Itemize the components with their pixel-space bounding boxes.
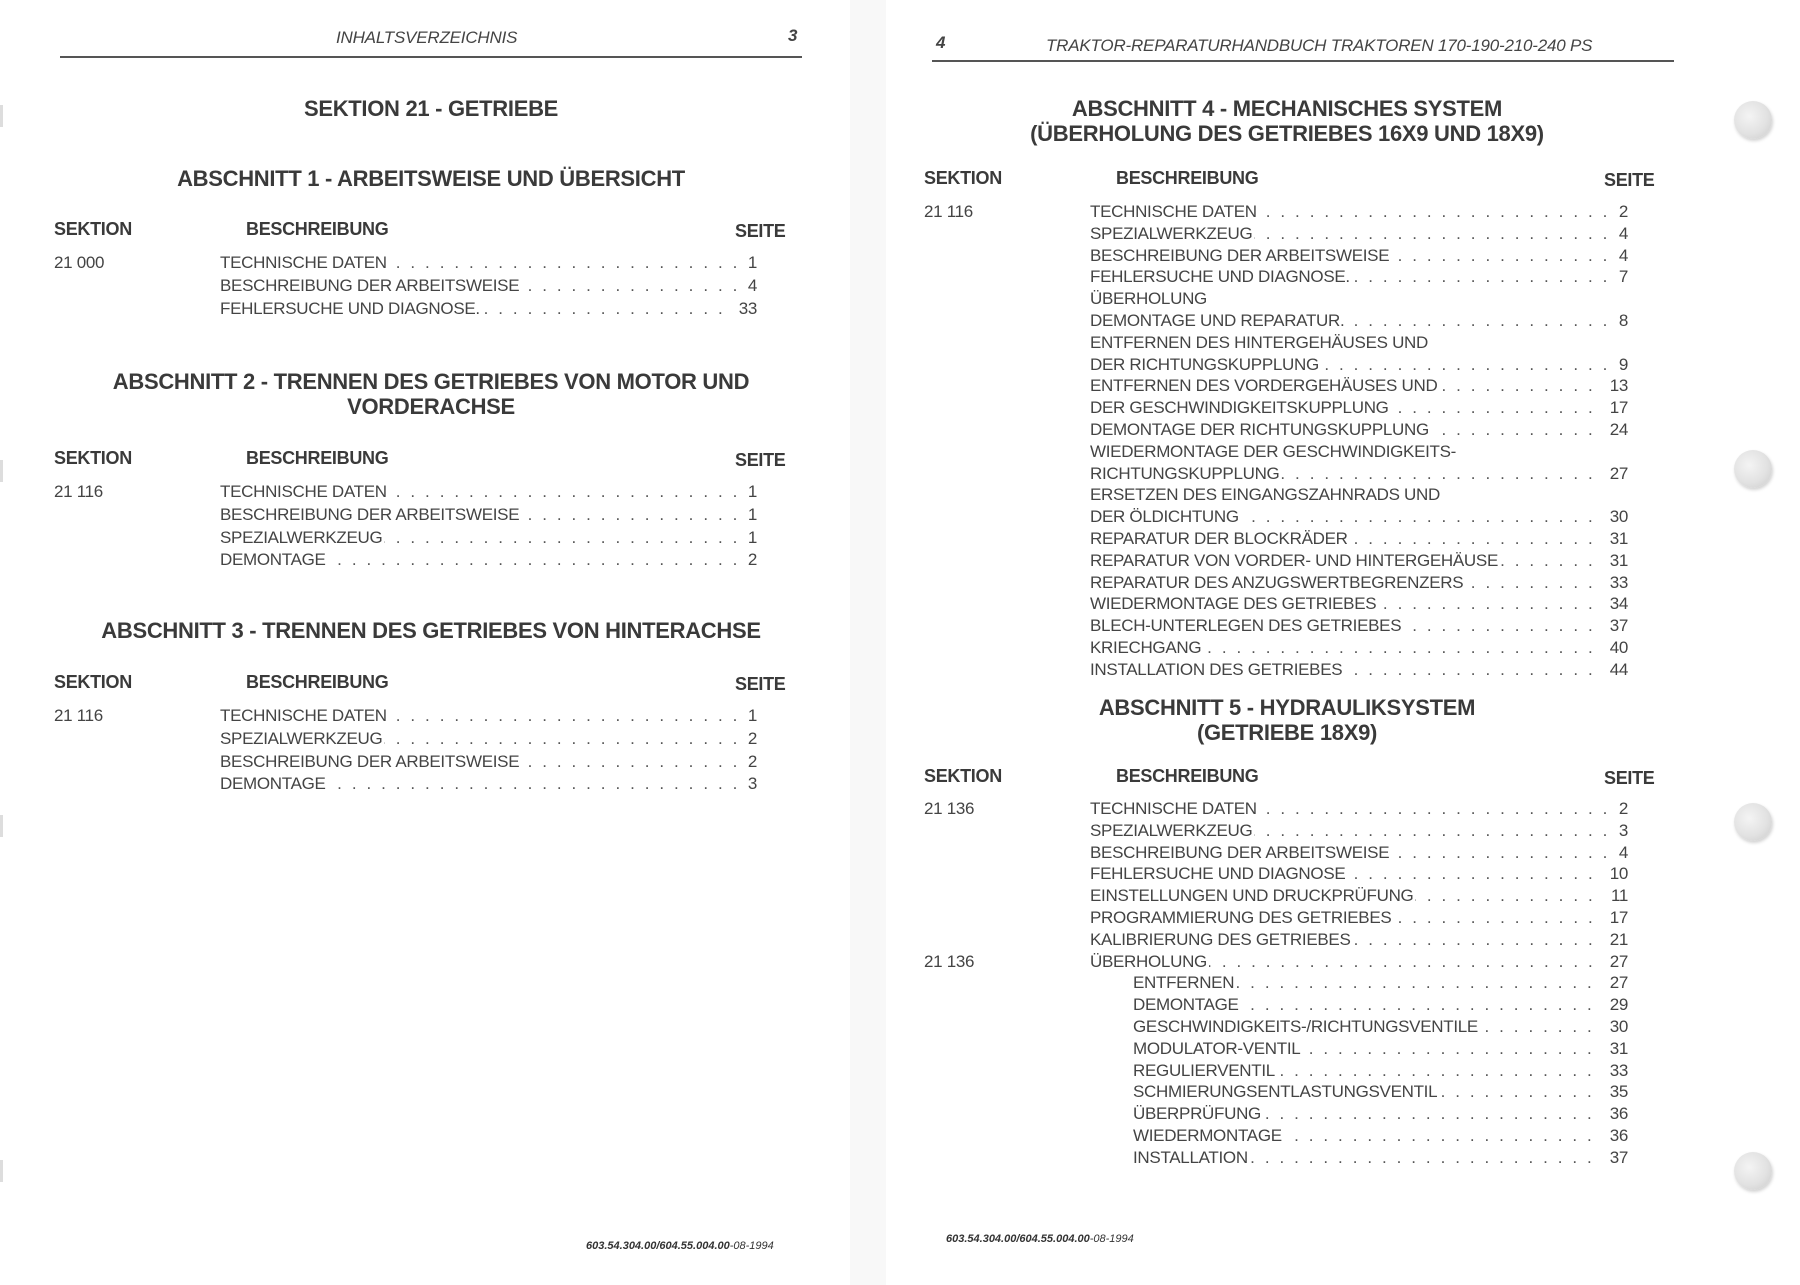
chapter-heading-2: ABSCHNITT 2 - TRENNEN DES GETRIEBES VON … (60, 369, 802, 419)
toc-entry: . . . . . . . . . . . . . . . . . . . . … (0, 728, 850, 750)
toc-entry: . . . . . . . . . . . . . . . . . . . . … (0, 773, 850, 795)
toc-entry-text: DER ÖLDICHTUNG (1090, 507, 1241, 526)
toc-page-number: 4 (1617, 223, 1628, 245)
page-number: 4 (936, 33, 945, 53)
right-page: 4 TRAKTOR-REPARATURHANDBUCH TRAKTOREN 17… (886, 0, 1800, 1285)
toc-entry: . . . . . . . . . . . . . . . . . . . . … (886, 1081, 1800, 1103)
toc-entry-text: DEMONTAGE (1133, 995, 1241, 1014)
toc-page-number: 4 (746, 275, 757, 297)
toc-entry: . . . . . . . . . . . . . . . . . . . . … (0, 504, 850, 526)
column-header-sektion: SEKTION (54, 672, 132, 693)
toc-description: . . . . . . . . . . . . . . . . . . . . … (1090, 201, 1614, 223)
toc-description: . . . . . . . . . . . . . . . . . . . . … (1090, 223, 1614, 245)
toc-entry-text: REGULIERVENTIL (1133, 1061, 1277, 1080)
toc-entry-text: INSTALLATION DES GETRIEBES (1090, 660, 1344, 679)
toc-entry-text: FEHLERSUCHE UND DIAGNOSE. (1090, 267, 1352, 286)
document-code: 603.54.304.00/604.55.004.00 (586, 1240, 730, 1252)
toc-description: . . . . . . . . . . . . . . . . . . . . … (1090, 929, 1598, 951)
toc-entry: . . . . . . . . . . . . . . . . . . . . … (886, 550, 1800, 572)
toc-entry-text: INSTALLATION (1133, 1148, 1250, 1167)
chapter-heading-1: ABSCHNITT 1 - ARBEITSWEISE UND ÜBERSICHT (60, 166, 802, 191)
toc-description: . . . . . . . . . . . . . . . . . . . . … (1090, 615, 1598, 637)
toc-entry-text: ENTFERNEN DES HINTERGEHÄUSES UND (1090, 333, 1430, 352)
toc-description: . . . . . . . . . . . . . . . . . . . . … (1090, 637, 1598, 659)
toc-entry: . . . . . . . . . . . . . . . . . . . . … (0, 298, 850, 320)
page-edge-mark (0, 460, 3, 482)
toc-description: . . . . . . . . . . . . . . . . . . . . … (220, 481, 743, 503)
toc-description: . . . . . . . . . . . . . . . . . . . . … (1090, 375, 1598, 397)
column-header-beschreibung: BESCHREIBUNG (1116, 168, 1258, 189)
page-number: 3 (788, 26, 797, 46)
toc-entry-text: ENTFERNEN DES VORDERGEHÄUSES UND (1090, 376, 1439, 395)
toc-page-number: 3 (1617, 820, 1628, 842)
toc-entry: . . . . . . . . . . . . . . . . . . . . … (886, 245, 1800, 267)
toc-entry-text: WIEDERMONTAGE DER GESCHWINDIGKEITS- (1090, 442, 1458, 461)
toc-sektion: 21 136 (924, 798, 974, 820)
toc-description: . . . . . . . . . . . . . . . . . . . . … (220, 527, 743, 549)
toc-entry: . . . . . . . . . . . . . . . . . . . . … (886, 593, 1800, 615)
toc-description: . . . . . . . . . . . . . . . . . . . . … (1090, 528, 1598, 550)
column-header-beschreibung: BESCHREIBUNG (246, 448, 388, 469)
column-header-sektion: SEKTION (924, 766, 1002, 787)
toc-entry-text: REPARATUR DER BLOCKRÄDER (1090, 529, 1350, 548)
toc-entry-text: SCHMIERUNGSENTLASTUNGSVENTIL (1133, 1082, 1439, 1101)
toc-entry: . . . . . . . . . . . . . . . . . . . . … (886, 863, 1800, 885)
toc-description: . . . . . . . . . . . . . . . . . . . . … (1090, 572, 1598, 594)
toc-description: . . . . . . . . . . . . . . . . . . . . … (1133, 1125, 1598, 1147)
toc-description: . . . . . . . . . . . . . . . . . . . . … (1090, 907, 1598, 929)
toc-description: . . . . . . . . . . . . . . . . . . . . … (220, 504, 743, 526)
toc-page-number: 33 (1608, 1060, 1628, 1082)
toc-page-number: 31 (1608, 528, 1628, 550)
toc-page-number: 11 (1609, 885, 1628, 907)
toc-page-number: 21 (1608, 929, 1628, 951)
toc-sektion: 21 136 (924, 951, 974, 973)
toc-entry: . . . . . . . . . . . . . . . . . . . . … (886, 266, 1800, 288)
page-edge-mark (0, 815, 3, 837)
toc-description: . . . . . . . . . . . . . . . . . . . . … (220, 705, 743, 727)
toc-description: . . . . . . . . . . . . . . . . . . . . … (1090, 885, 1598, 907)
toc-page-number: 36 (1608, 1103, 1628, 1125)
punch-hole (1734, 803, 1772, 841)
toc-entry: . . . . . . . . . . . . . . . . . . . . … (886, 1103, 1800, 1125)
section-title: SEKTION 21 - GETRIEBE (60, 96, 802, 121)
toc-page-number: 4 (1617, 842, 1628, 864)
toc-entry: . . . . . . . . . . . . . . . . . . . . … (886, 994, 1800, 1016)
toc-page-number: 37 (1608, 615, 1628, 637)
punch-hole (1734, 101, 1772, 139)
document-date: -08-1994 (1090, 1233, 1134, 1245)
toc-entry-text: FEHLERSUCHE UND DIAGNOSE. (220, 299, 482, 318)
toc-description: . . . . . . . . . . . . . . . . . . . . … (1090, 659, 1598, 681)
toc-page-number: 4 (1617, 245, 1628, 267)
toc-page-number: 30 (1608, 1016, 1628, 1038)
toc-entry-text: ÜBERHOLUNG (1090, 289, 1209, 308)
toc-entry: . . . . . . . . . . . . . . . . . . . . … (886, 637, 1800, 659)
toc-page-number: 27 (1608, 951, 1628, 973)
toc-sektion: 21 000 (54, 252, 104, 274)
chapter-heading-3: ABSCHNITT 3 - TRENNEN DES GETRIEBES VON … (60, 618, 802, 643)
column-header-beschreibung: BESCHREIBUNG (1116, 766, 1258, 787)
toc-entry-text: SPEZIALWERKZEUG (1090, 821, 1254, 840)
toc-entry: 21 136 . . . . . . . . . . . . . . . . .… (886, 798, 1800, 820)
toc-page-number: 1 (746, 504, 757, 526)
toc-page-number: 31 (1608, 1038, 1628, 1060)
punch-hole (1734, 450, 1772, 488)
toc-entry: . . . . . . . . . . . . . . . . . . . . … (886, 615, 1800, 637)
toc-entry: . . . . . . . . . . . . . . . . . . . . … (886, 972, 1800, 994)
toc-entry-text: WIEDERMONTAGE DES GETRIEBES (1090, 594, 1378, 613)
column-header-beschreibung: BESCHREIBUNG (246, 219, 388, 240)
toc-description: . . . . . . . . . . . . . . . . . . . . … (1090, 463, 1598, 485)
toc-entry-text: FEHLERSUCHE UND DIAGNOSE (1090, 864, 1347, 883)
toc-description: . . . . . . . . . . . . . . . . . . . . … (1133, 1147, 1598, 1169)
toc-entry: . . . . . . . . . . . . . . . . . . . . … (886, 1016, 1800, 1038)
toc-entry-text: BESCHREIBUNG DER ARBEITSWEISE (220, 276, 521, 295)
toc-entry-text: TECHNISCHE DATEN (220, 482, 389, 501)
toc-entry-text: EINSTELLUNGEN UND DRUCKPRÜFUNG (1090, 886, 1415, 905)
document-footer: 603.54.304.00/604.55.004.00-08-1994 (946, 1233, 1134, 1245)
toc-description: . . . . . . . . . . . . . . . . . . . . … (1133, 1060, 1598, 1082)
toc-entry-text: BESCHREIBUNG DER ARBEITSWEISE (220, 505, 521, 524)
toc-entry: . . . . . . . . . . . . . . . . . . . . … (886, 885, 1800, 907)
toc-page-number: 8 (1617, 310, 1628, 332)
toc-description: . . . . . . . . . . . . . . . . . . . . … (220, 252, 743, 274)
toc-entry-text: KALIBRIERUNG DES GETRIEBES (1090, 930, 1353, 949)
toc-entry-text: DER GESCHWINDIGKEITSKUPPLUNG (1090, 398, 1391, 417)
chapter-heading-5: ABSCHNITT 5 - HYDRAULIKSYSTEM(GETRIEBE 1… (916, 695, 1658, 745)
toc-entry: . . . . . . . . . . . . . . . . . . . . … (886, 375, 1800, 397)
toc-entry-text: SPEZIALWERKZEUG (1090, 224, 1254, 243)
column-header-seite: SEITE (1604, 170, 1655, 191)
toc-description: . . . . . . . . . . . . . . . . . . . . … (220, 275, 743, 297)
toc-page-number: 2 (746, 728, 757, 750)
toc-description: . . . . . . . . . . . . . . . . . . . . … (1090, 798, 1614, 820)
toc-description: . . . . . . . . . . . . . . . . . . . . … (1090, 550, 1598, 572)
column-header-sektion: SEKTION (924, 168, 1002, 189)
toc-page-number: 30 (1608, 506, 1628, 528)
toc-description: . . . . . . . . . . . . . . . . . . . . … (1133, 1081, 1598, 1103)
toc-sektion: 21 116 (54, 481, 103, 503)
toc-description: . . . . . . . . . . . . . . . . . . . . … (1090, 820, 1614, 842)
toc-description: . . . . . . . . . . . . . . . . . . . . … (1133, 972, 1598, 994)
toc-entry-text: ÜBERPRÜFUNG (1133, 1104, 1263, 1123)
toc-page-number: 2 (746, 751, 757, 773)
column-header-seite: SEITE (735, 221, 786, 242)
toc-entry: . . . . . . . . . . . . . . . . . . . . … (886, 1038, 1800, 1060)
toc-entry: 21 116 . . . . . . . . . . . . . . . . .… (0, 481, 850, 503)
toc-entry: . . . . . . . . . . . . . . . . . . . . … (0, 751, 850, 773)
toc-description: . . . . . . . . . . . . . . . . . . . . … (1090, 419, 1598, 441)
toc-entry-text: BESCHREIBUNG DER ARBEITSWEISE (1090, 843, 1391, 862)
toc-entry-text: ENTFERNEN (1133, 973, 1236, 992)
toc-entry: . . . . . . . . . . . . . . . . . . . . … (886, 463, 1800, 485)
toc-entry: . . . . . . . . . . . . . . . . . . . . … (886, 1060, 1800, 1082)
toc-description: . . . . . . . . . . . . . . . . . . . . … (1090, 245, 1614, 267)
toc-entry-text: DER RICHTUNGSKUPPLUNG (1090, 355, 1321, 374)
toc-entry: . . . . . . . . . . . . . . . . . . . . … (886, 419, 1800, 441)
toc-entry: 21 000 . . . . . . . . . . . . . . . . .… (0, 252, 850, 274)
toc-entry: . . . . . . . . . . . . . . . . . . . . … (886, 354, 1800, 376)
toc-entry-text: SPEZIALWERKZEUG (220, 528, 384, 547)
toc-page-number: 10 (1608, 863, 1628, 885)
toc-page-number: 13 (1608, 375, 1628, 397)
toc-description: . . . . . . . . . . . . . . . . . . . . … (220, 751, 743, 773)
toc-entry: ERSETZEN DES EINGANGSZAHNRADS UND (886, 484, 1800, 506)
toc-page-number: 3 (746, 773, 757, 795)
toc-entry: . . . . . . . . . . . . . . . . . . . . … (886, 506, 1800, 528)
toc-entry-text: TECHNISCHE DATEN (1090, 799, 1259, 818)
toc-description: . . . . . . . . . . . . . . . . . . . . … (1090, 863, 1598, 885)
toc-description: . . . . . . . . . . . . . . . . . . . . … (1090, 397, 1598, 419)
toc-entry-text: ERSETZEN DES EINGANGSZAHNRADS UND (1090, 485, 1442, 504)
toc-entry: . . . . . . . . . . . . . . . . . . . . … (886, 929, 1800, 951)
toc-page-number: 33 (1608, 572, 1628, 594)
toc-description: . . . . . . . . . . . . . . . . . . . . … (1090, 842, 1614, 864)
toc-entry: . . . . . . . . . . . . . . . . . . . . … (886, 820, 1800, 842)
toc-page-number: 36 (1608, 1125, 1628, 1147)
running-head: INHALTSVERZEICHNIS (336, 28, 517, 48)
running-head: TRAKTOR-REPARATURHANDBUCH TRAKTOREN 170-… (1046, 36, 1592, 56)
document-footer: 603.54.304.00/604.55.004.00-08-1994 (586, 1240, 774, 1252)
toc-entry-text: BLECH-UNTERLEGEN DES GETRIEBES (1090, 616, 1403, 635)
toc-entry-text: TECHNISCHE DATEN (220, 706, 389, 725)
document-code: 603.54.304.00/604.55.004.00 (946, 1233, 1090, 1245)
toc-entry: 21 116 . . . . . . . . . . . . . . . . .… (886, 201, 1800, 223)
toc-entry-text: PROGRAMMIERUNG DES GETRIEBES (1090, 908, 1393, 927)
toc-entry-text: TECHNISCHE DATEN (1090, 202, 1259, 221)
toc-entry-text: RICHTUNGSKUPPLUNG (1090, 464, 1281, 483)
toc-page-number: 35 (1608, 1081, 1628, 1103)
binding-gutter (850, 0, 886, 1285)
toc-sektion: 21 116 (924, 201, 973, 223)
toc-description: . . . . . . . . . . . . . . . . . . . . … (220, 298, 727, 320)
toc-page-number: 27 (1608, 463, 1628, 485)
toc-entry-text: TECHNISCHE DATEN (220, 253, 389, 272)
toc-entry-text: ÜBERHOLUNG (1090, 952, 1209, 971)
toc-entry: ÜBERHOLUNG (886, 288, 1800, 310)
chapter-heading-4: ABSCHNITT 4 - MECHANISCHES SYSTEM(ÜBERHO… (916, 96, 1658, 146)
toc-entry: . . . . . . . . . . . . . . . . . . . . … (886, 842, 1800, 864)
toc-page-number: 7 (1617, 266, 1628, 288)
toc-entry-text: BESCHREIBUNG DER ARBEITSWEISE (1090, 246, 1391, 265)
page-edge-mark (0, 105, 3, 127)
toc-page-number: 1 (746, 705, 757, 727)
toc-page-number: 33 (737, 298, 757, 320)
toc-entry-text: GESCHWINDIGKEITS-/RICHTUNGSVENTILE (1133, 1017, 1480, 1036)
toc-page-number: 1 (746, 481, 757, 503)
toc-entry-text: DEMONTAGE DER RICHTUNGSKUPPLUNG (1090, 420, 1431, 439)
toc-entry: WIEDERMONTAGE DER GESCHWINDIGKEITS- (886, 441, 1800, 463)
toc-description: . . . . . . . . . . . . . . . . . . . . … (1133, 1016, 1598, 1038)
toc-entry: 21 136 . . . . . . . . . . . . . . . . .… (886, 951, 1800, 973)
toc-page-number: 44 (1608, 659, 1628, 681)
toc-entry: . . . . . . . . . . . . . . . . . . . . … (886, 907, 1800, 929)
toc-description: ENTFERNEN DES HINTERGEHÄUSES UND (1090, 332, 1614, 354)
header-rule (932, 60, 1674, 62)
toc-description: . . . . . . . . . . . . . . . . . . . . … (1133, 994, 1598, 1016)
toc-entry-text: MODULATOR-VENTIL (1133, 1039, 1302, 1058)
toc-description: . . . . . . . . . . . . . . . . . . . . … (1090, 951, 1598, 973)
toc-entry: . . . . . . . . . . . . . . . . . . . . … (886, 659, 1800, 681)
toc-description: . . . . . . . . . . . . . . . . . . . . … (1090, 354, 1614, 376)
left-page: INHALTSVERZEICHNIS 3 SEKTION 21 - GETRIE… (0, 0, 850, 1285)
toc-entry-text: KRIECHGANG (1090, 638, 1203, 657)
toc-description: . . . . . . . . . . . . . . . . . . . . … (1090, 266, 1614, 288)
toc-page-number: 31 (1608, 550, 1628, 572)
toc-entry: 21 116 . . . . . . . . . . . . . . . . .… (0, 705, 850, 727)
toc-page-number: 9 (1617, 354, 1628, 376)
toc-page-number: 34 (1608, 593, 1628, 615)
column-header-seite: SEITE (735, 674, 786, 695)
toc-page-number: 1 (746, 527, 757, 549)
toc-page-number: 29 (1608, 994, 1628, 1016)
toc-description: . . . . . . . . . . . . . . . . . . . . … (220, 773, 743, 795)
toc-page-number: 24 (1608, 419, 1628, 441)
toc-entry: . . . . . . . . . . . . . . . . . . . . … (0, 549, 850, 571)
toc-entry: . . . . . . . . . . . . . . . . . . . . … (886, 572, 1800, 594)
toc-description: . . . . . . . . . . . . . . . . . . . . … (1133, 1103, 1598, 1125)
column-header-seite: SEITE (735, 450, 786, 471)
toc-description: ERSETZEN DES EINGANGSZAHNRADS UND (1090, 484, 1614, 506)
toc-entry-text: SPEZIALWERKZEUG (220, 729, 384, 748)
page-edge-mark (0, 1160, 3, 1182)
toc-entry-text: WIEDERMONTAGE (1133, 1126, 1284, 1145)
document-date: -08-1994 (730, 1240, 774, 1252)
toc-description: . . . . . . . . . . . . . . . . . . . . … (1133, 1038, 1598, 1060)
toc-entry-text: REPARATUR DES ANZUGSWERTBEGRENZERS (1090, 573, 1465, 592)
toc-page-number: 40 (1608, 637, 1628, 659)
toc-page-number: 17 (1608, 397, 1628, 419)
toc-entry-text: DEMONTAGE (220, 774, 328, 793)
toc-page-number: 2 (746, 549, 757, 571)
toc-entry-text: BESCHREIBUNG DER ARBEITSWEISE (220, 752, 521, 771)
toc-entry: . . . . . . . . . . . . . . . . . . . . … (886, 310, 1800, 332)
toc-entry: . . . . . . . . . . . . . . . . . . . . … (0, 527, 850, 549)
toc-description: ÜBERHOLUNG (1090, 288, 1614, 310)
toc-entry: . . . . . . . . . . . . . . . . . . . . … (886, 397, 1800, 419)
toc-entry: . . . . . . . . . . . . . . . . . . . . … (886, 1147, 1800, 1169)
column-header-sektion: SEKTION (54, 219, 132, 240)
toc-page-number: 1 (746, 252, 757, 274)
toc-page-number: 2 (1617, 201, 1628, 223)
toc-description: . . . . . . . . . . . . . . . . . . . . … (1090, 593, 1598, 615)
toc-description: . . . . . . . . . . . . . . . . . . . . … (220, 728, 743, 750)
toc-entry: . . . . . . . . . . . . . . . . . . . . … (0, 275, 850, 297)
column-header-seite: SEITE (1604, 768, 1655, 789)
toc-sektion: 21 116 (54, 705, 103, 727)
toc-page-number: 27 (1608, 972, 1628, 994)
toc-page-number: 2 (1617, 798, 1628, 820)
toc-description: WIEDERMONTAGE DER GESCHWINDIGKEITS- (1090, 441, 1614, 463)
toc-entry-text: DEMONTAGE UND REPARATUR. (1090, 311, 1346, 330)
toc-description: . . . . . . . . . . . . . . . . . . . . … (1090, 506, 1598, 528)
toc-entry: . . . . . . . . . . . . . . . . . . . . … (886, 1125, 1800, 1147)
toc-entry-text: REPARATUR VON VORDER- UND HINTERGEHÄUSE (1090, 551, 1500, 570)
punch-hole (1734, 1152, 1772, 1190)
toc-entry: . . . . . . . . . . . . . . . . . . . . … (886, 223, 1800, 245)
toc-page-number: 17 (1608, 907, 1628, 929)
toc-entry: ENTFERNEN DES HINTERGEHÄUSES UND (886, 332, 1800, 354)
toc-entry-text: DEMONTAGE (220, 550, 328, 569)
toc-description: . . . . . . . . . . . . . . . . . . . . … (1090, 310, 1614, 332)
column-header-sektion: SEKTION (54, 448, 132, 469)
header-rule (60, 56, 802, 58)
column-header-beschreibung: BESCHREIBUNG (246, 672, 388, 693)
toc-page-number: 37 (1608, 1147, 1628, 1169)
toc-description: . . . . . . . . . . . . . . . . . . . . … (220, 549, 743, 571)
toc-entry: . . . . . . . . . . . . . . . . . . . . … (886, 528, 1800, 550)
